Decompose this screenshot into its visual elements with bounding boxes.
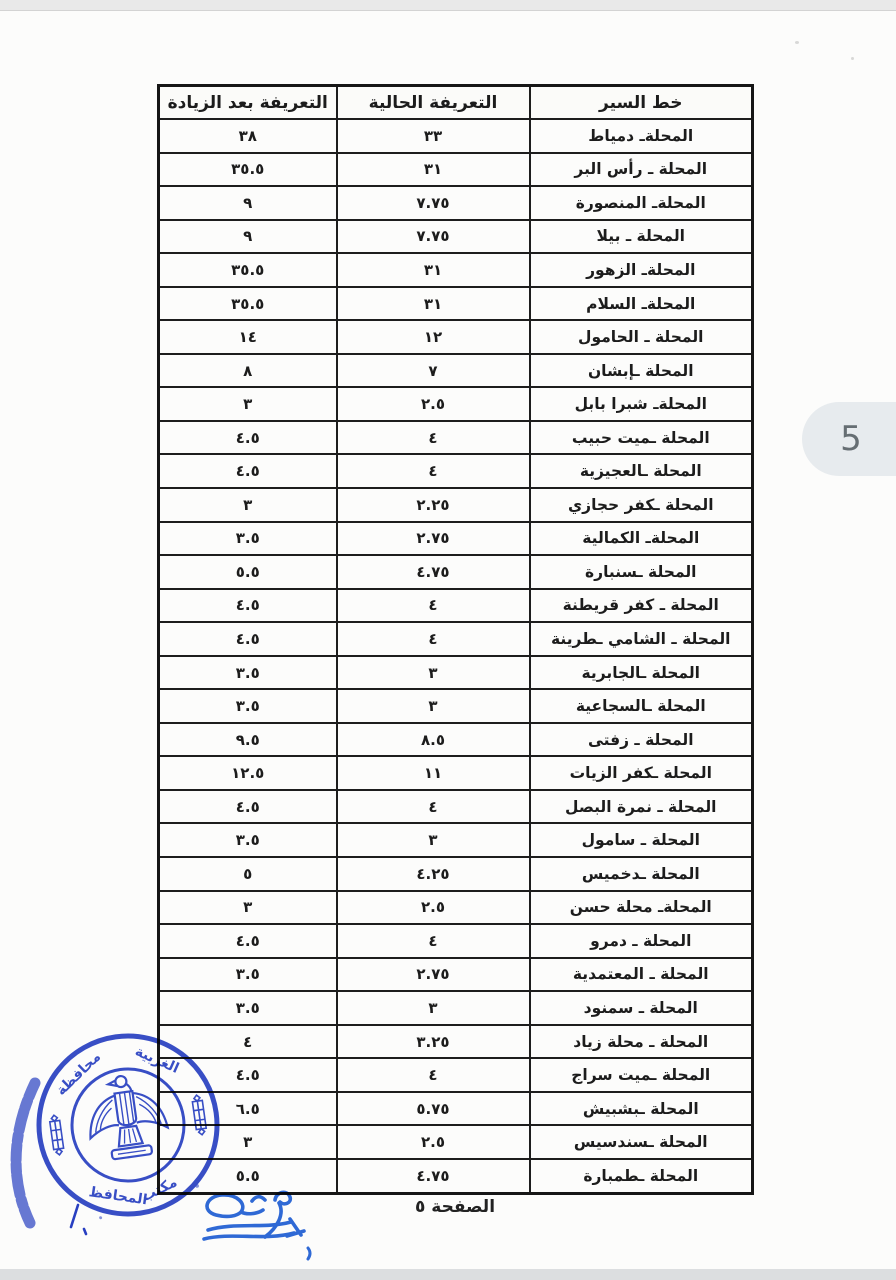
route-cell: المحلة ـ كفر قريطنة xyxy=(530,589,753,623)
current-fare-cell: ٤ xyxy=(337,589,530,623)
route-cell: المحلة ـ المعتمدية xyxy=(530,958,753,992)
current-fare-cell: ٤ xyxy=(337,622,530,656)
increased-fare-cell: ٣.٥ xyxy=(159,689,337,723)
route-cell: المحلة ـسنبارة xyxy=(530,555,753,589)
stamp-ornament-right xyxy=(192,1094,207,1135)
document-viewer: { "page": { "footer": "الصفحة ٥", "numbe… xyxy=(0,0,896,1280)
table-row: المحلة ـكفر الزيات١١١٢.٥ xyxy=(159,756,753,790)
current-fare-cell: ٧.٧٥ xyxy=(337,186,530,220)
table-row: المحلة ـإبشان٧٨ xyxy=(159,354,753,388)
route-cell: المحلة ـميت سراج xyxy=(530,1058,753,1092)
route-cell: المحلةـ محلة حسن xyxy=(530,891,753,925)
route-cell: المحلة ـ دمرو xyxy=(530,924,753,958)
current-fare-cell: ٤ xyxy=(337,454,530,488)
current-fare-cell: ٤.٧٥ xyxy=(337,555,530,589)
current-fare-cell: ٣ xyxy=(337,823,530,857)
table-header-row: خط السير التعريفة الحالية التعريفة بعد ا… xyxy=(159,86,753,120)
table-row: المحلةـ الزهور٣١٣٥.٥ xyxy=(159,253,753,287)
table-row: المحلة ـالجابرية٣٣.٥ xyxy=(159,656,753,690)
current-fare-cell: ٢.٥ xyxy=(337,891,530,925)
header-increased-fare: التعريفة بعد الزيادة xyxy=(159,86,337,120)
table-row: المحلة ـ نمرة البصل٤٤.٥ xyxy=(159,790,753,824)
stamp-text-bottom-word2: المحافظ xyxy=(88,1184,149,1208)
current-fare-cell: ٢.٧٥ xyxy=(337,958,530,992)
table-row: المحلة ـ سمنود٣٣.٥ xyxy=(159,991,753,1025)
table-row: المحلة ـالسجاعية٣٣.٥ xyxy=(159,689,753,723)
increased-fare-cell: ٤.٥ xyxy=(159,454,337,488)
table-row: المحلة ـميت حبيب٤٤.٥ xyxy=(159,421,753,455)
current-fare-cell: ٤.٧٥ xyxy=(337,1159,530,1194)
increased-fare-cell: ٤.٥ xyxy=(159,421,337,455)
current-fare-cell: ٣١ xyxy=(337,287,530,321)
current-fare-cell: ٤ xyxy=(337,790,530,824)
increased-fare-cell: ٤.٥ xyxy=(159,790,337,824)
current-fare-cell: ١١ xyxy=(337,756,530,790)
table-row: المحلةـ المنصورة٧.٧٥٩ xyxy=(159,186,753,220)
fare-table: خط السير التعريفة الحالية التعريفة بعد ا… xyxy=(157,84,754,1195)
route-cell: المحلة ـبشبيش xyxy=(530,1092,753,1126)
table-row: المحلة ـ دمرو٤٤.٥ xyxy=(159,924,753,958)
current-fare-cell: ٤ xyxy=(337,421,530,455)
table-row: المحلة ـ الحامول١٢١٤ xyxy=(159,320,753,354)
table-row: المحلة ـدخميس٤.٢٥٥ xyxy=(159,857,753,891)
table-row: المحلة ـ محلة زياد٣.٢٥٤ xyxy=(159,1025,753,1059)
table-row: المحلة ـ سامول٣٣.٥ xyxy=(159,823,753,857)
page-scroll-pill[interactable]: 5 xyxy=(802,402,896,476)
increased-fare-cell: ٣ xyxy=(159,387,337,421)
current-fare-cell: ٣ xyxy=(337,991,530,1025)
header-current-fare: التعريفة الحالية xyxy=(337,86,530,120)
current-fare-cell: ٣ xyxy=(337,656,530,690)
scan-speck xyxy=(795,41,799,44)
route-cell: المحلة ـإبشان xyxy=(530,354,753,388)
current-fare-cell: ٧.٧٥ xyxy=(337,220,530,254)
increased-fare-cell: ٥ xyxy=(159,857,337,891)
increased-fare-cell: ٣٥.٥ xyxy=(159,153,337,187)
scan-edge-top xyxy=(0,0,896,11)
page-footer-label: الصفحة ٥ xyxy=(380,1197,530,1223)
increased-fare-cell: ٣٥.٥ xyxy=(159,253,337,287)
route-cell: المحلةـ الكمالية xyxy=(530,522,753,556)
table-row: المحلة ـ كفر قريطنة٤٤.٥ xyxy=(159,589,753,623)
page-number-badge: 5 xyxy=(840,419,862,459)
current-fare-cell: ٣١ xyxy=(337,153,530,187)
current-fare-cell: ٢.٥ xyxy=(337,1125,530,1159)
fare-table-body: المحلةـ دمياط٣٣٣٨المحلة ـ رأس البر٣١٣٥.٥… xyxy=(159,119,753,1194)
table-row: المحلة ـ المعتمدية٢.٧٥٣.٥ xyxy=(159,958,753,992)
increased-fare-cell: ٣٨ xyxy=(159,119,337,153)
increased-fare-cell: ٤.٥ xyxy=(159,622,337,656)
increased-fare-cell: ٥.٥ xyxy=(159,555,337,589)
route-cell: المحلة ـ نمرة البصل xyxy=(530,790,753,824)
route-cell: المحلةـ السلام xyxy=(530,287,753,321)
increased-fare-cell: ٣.٥ xyxy=(159,823,337,857)
current-fare-cell: ٢.٥ xyxy=(337,387,530,421)
route-cell: المحلة ـ الشامي ـطرينة xyxy=(530,622,753,656)
increased-fare-cell: ٣.٥ xyxy=(159,522,337,556)
current-fare-cell: ١٢ xyxy=(337,320,530,354)
current-fare-cell: ٣ xyxy=(337,689,530,723)
scan-edge-bottom xyxy=(0,1269,896,1280)
increased-fare-cell: ٤.٥ xyxy=(159,589,337,623)
increased-fare-cell: ٩.٥ xyxy=(159,723,337,757)
current-fare-cell: ٤ xyxy=(337,924,530,958)
scan-speck xyxy=(851,57,854,60)
table-row: المحلة ـبشبيش٥.٧٥٦.٥ xyxy=(159,1092,753,1126)
increased-fare-cell: ٩ xyxy=(159,220,337,254)
current-fare-cell: ٢.٢٥ xyxy=(337,488,530,522)
current-fare-cell: ٥.٧٥ xyxy=(337,1092,530,1126)
route-cell: المحلة ـكفر حجازي xyxy=(530,488,753,522)
table-row: المحلة ـسنبارة٤.٧٥٥.٥ xyxy=(159,555,753,589)
increased-fare-cell: ٣ xyxy=(159,891,337,925)
current-fare-cell: ٣٣ xyxy=(337,119,530,153)
table-row: المحلة ـالعجيزية٤٤.٥ xyxy=(159,454,753,488)
increased-fare-cell: ٣.٥ xyxy=(159,656,337,690)
eagle-emblem-icon xyxy=(82,1071,171,1163)
route-cell: المحلة ـ سامول xyxy=(530,823,753,857)
table-row: المحلة ـ زفتى٨.٥٩.٥ xyxy=(159,723,753,757)
route-cell: المحلة ـ محلة زياد xyxy=(530,1025,753,1059)
increased-fare-cell: ٨ xyxy=(159,354,337,388)
route-cell: المحلة ـطمبارة xyxy=(530,1159,753,1194)
current-fare-cell: ٤ xyxy=(337,1058,530,1092)
table-row: المحلةـ السلام٣١٣٥.٥ xyxy=(159,287,753,321)
route-cell: المحلة ـ الحامول xyxy=(530,320,753,354)
current-fare-cell: ٣.٢٥ xyxy=(337,1025,530,1059)
handwritten-mark xyxy=(71,1205,86,1234)
increased-fare-cell: ٩ xyxy=(159,186,337,220)
route-cell: المحلة ـدخميس xyxy=(530,857,753,891)
route-cell: المحلة ـالجابرية xyxy=(530,656,753,690)
increased-fare-cell: ٣٥.٥ xyxy=(159,287,337,321)
increased-fare-cell: ٤.٥ xyxy=(159,924,337,958)
increased-fare-cell: ١٢.٥ xyxy=(159,756,337,790)
route-cell: المحلة ـميت حبيب xyxy=(530,421,753,455)
route-cell: المحلة ـ سمنود xyxy=(530,991,753,1025)
stamp-ornament-left xyxy=(49,1115,64,1156)
route-cell: المحلة ـكفر الزيات xyxy=(530,756,753,790)
stamp-smudge-arc xyxy=(16,1083,35,1225)
table-row: المحلةـ محلة حسن٢.٥٣ xyxy=(159,891,753,925)
route-cell: المحلة ـسندسيس xyxy=(530,1125,753,1159)
route-cell: المحلة ـ بيلا xyxy=(530,220,753,254)
route-cell: المحلةـ دمياط xyxy=(530,119,753,153)
route-cell: المحلة ـالسجاعية xyxy=(530,689,753,723)
increased-fare-cell: ٣.٥ xyxy=(159,958,337,992)
table-row: المحلةـ شبرا بابل٢.٥٣ xyxy=(159,387,753,421)
current-fare-cell: ٤.٢٥ xyxy=(337,857,530,891)
header-route: خط السير xyxy=(530,86,753,120)
current-fare-cell: ٣١ xyxy=(337,253,530,287)
route-cell: المحلة ـ زفتى xyxy=(530,723,753,757)
increased-fare-cell: ٣ xyxy=(159,488,337,522)
route-cell: المحلةـ شبرا بابل xyxy=(530,387,753,421)
stamp-text-top-word1: محافظة xyxy=(53,1049,104,1099)
route-cell: المحلة ـ رأس البر xyxy=(530,153,753,187)
current-fare-cell: ٨.٥ xyxy=(337,723,530,757)
table-row: المحلة ـ بيلا٧.٧٥٩ xyxy=(159,220,753,254)
increased-fare-cell: ١٤ xyxy=(159,320,337,354)
route-cell: المحلةـ الزهور xyxy=(530,253,753,287)
table-row: المحلة ـكفر حجازي٢.٢٥٣ xyxy=(159,488,753,522)
table-row: المحلةـ الكمالية٢.٧٥٣.٥ xyxy=(159,522,753,556)
route-cell: المحلة ـالعجيزية xyxy=(530,454,753,488)
route-cell: المحلةـ المنصورة xyxy=(530,186,753,220)
table-row: المحلة ـميت سراج٤٤.٥ xyxy=(159,1058,753,1092)
current-fare-cell: ٢.٧٥ xyxy=(337,522,530,556)
signature xyxy=(195,1188,345,1270)
table-row: المحلةـ دمياط٣٣٣٨ xyxy=(159,119,753,153)
table-row: المحلة ـ الشامي ـطرينة٤٤.٥ xyxy=(159,622,753,656)
table-row: المحلة ـ رأس البر٣١٣٥.٥ xyxy=(159,153,753,187)
table-row: المحلة ـسندسيس٢.٥٣ xyxy=(159,1125,753,1159)
current-fare-cell: ٧ xyxy=(337,354,530,388)
